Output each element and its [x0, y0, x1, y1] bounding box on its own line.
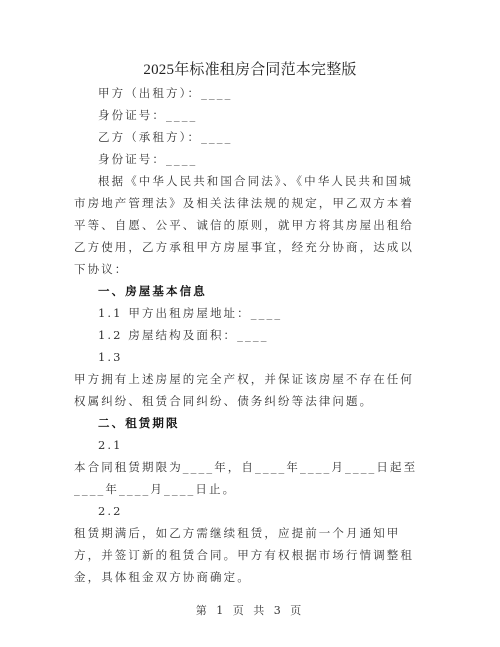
clause-1-3-number: 1.3: [74, 346, 419, 368]
clause-2-2-number: 2.2: [74, 500, 419, 522]
page-number-indicator: 第 1 页 共 3 页: [0, 602, 500, 618]
clause-2-2-text: 租赁期满后，如乙方需继续租赁，应提前一个月通知甲方，并签订新的租赁合同。甲方有权…: [74, 522, 419, 588]
document-body: 甲方（出租方）：____ 身份证号：____ 乙方（承租方）：____ 身份证号…: [74, 82, 419, 588]
party-b-id-line: 身份证号：____: [74, 148, 419, 170]
section-heading-house-info: 一、房屋基本信息: [74, 280, 419, 302]
clause-number: 1.2: [98, 328, 123, 342]
section-heading-lease-term: 二、租赁期限: [74, 412, 419, 434]
party-b-blank: ____: [201, 130, 232, 144]
party-a-label: 甲方（出租方）：: [98, 86, 201, 100]
party-b-label: 乙方（承租方）：: [98, 130, 201, 144]
clause-blank: ____: [237, 328, 268, 342]
clause-1-3-text: 甲方拥有上述房屋的完全产权，并保证该房屋不存在任何权属纠纷、租赁合同纠纷、债务纠…: [74, 368, 419, 412]
document-page: 2025年标准租房合同范本完整版 甲方（出租方）：____ 身份证号：____ …: [0, 0, 500, 647]
clause-2-1-number: 2.1: [74, 434, 419, 456]
preamble-paragraph: 根据《中华人民共和国合同法》、《中华人民共和国城市房地产管理法》及相关法律法规的…: [74, 170, 419, 280]
party-b-id-blank: ____: [166, 152, 197, 166]
party-a-id-label: 身份证号：: [98, 108, 166, 122]
clause-text: 甲方出租房屋地址：: [128, 306, 250, 320]
party-b-line: 乙方（承租方）：____: [74, 126, 419, 148]
party-a-blank: ____: [201, 86, 232, 100]
clause-number: 1.1: [98, 306, 123, 320]
party-a-id-blank: ____: [166, 108, 197, 122]
party-a-id-line: 身份证号：____: [74, 104, 419, 126]
clause-1-1: 1.1 甲方出租房屋地址：____: [74, 302, 419, 324]
party-b-id-label: 身份证号：: [98, 152, 166, 166]
clause-text: 房屋结构及面积：: [128, 328, 237, 342]
clause-blank: ____: [251, 306, 282, 320]
party-a-line: 甲方（出租方）：____: [74, 82, 419, 104]
clause-2-1-text: 本合同租赁期限为____年，自____年____月____日起至____年___…: [74, 456, 419, 500]
document-title: 2025年标准租房合同范本完整版: [0, 58, 500, 79]
clause-1-2: 1.2 房屋结构及面积：____: [74, 324, 419, 346]
